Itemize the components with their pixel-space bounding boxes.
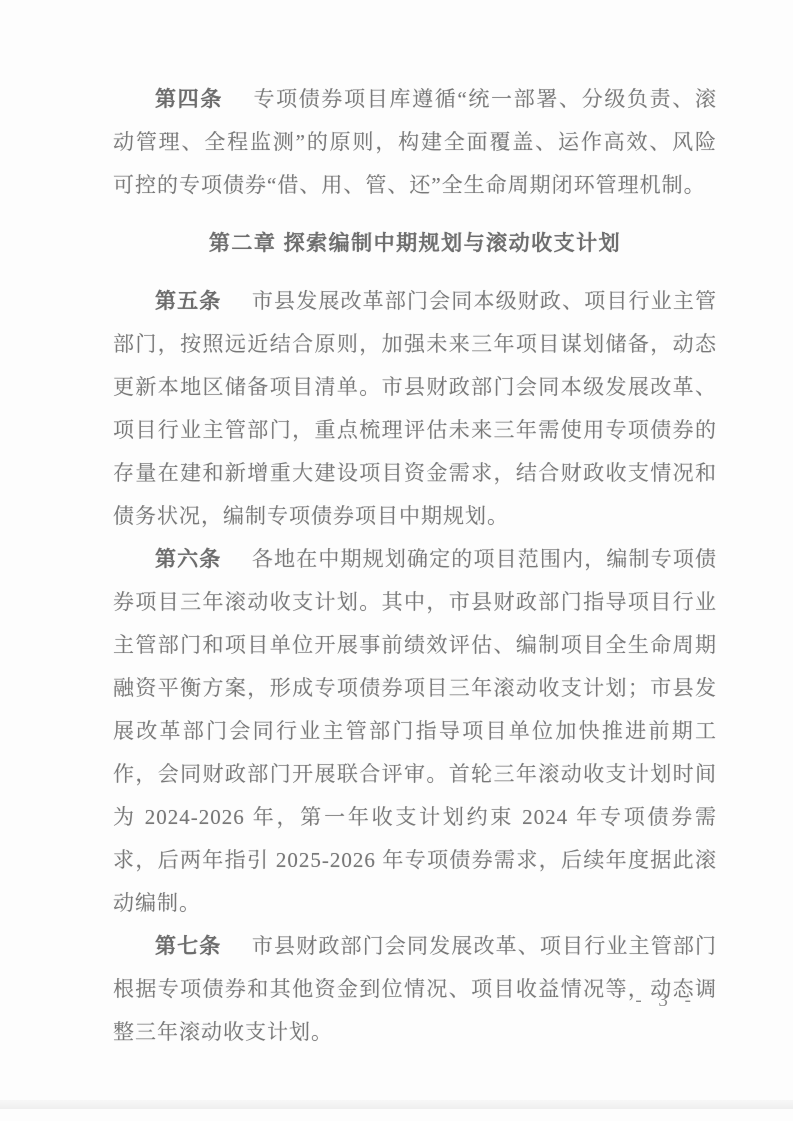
chapter-2-heading: 第二章 探索编制中期规划与滚动收支计划 (113, 222, 717, 265)
paragraph-article-5: 第五条市县发展改革部门会同本级财政、项目行业主管部门，按照远近结合原则，加强未来… (113, 280, 717, 538)
scanned-document-page: 第四条专项债券项目库遵循“统一部署、分级负责、滚动管理、全程监测”的原则，构建全… (0, 0, 793, 1121)
article-6-number: 第六条 (155, 547, 221, 571)
article-5-text: 市县发展改革部门会同本级财政、项目行业主管部门，按照远近结合原则，加强未来三年项… (113, 289, 717, 528)
paragraph-article-7: 第七条市县财政部门会同发展改革、项目行业主管部门根据专项债券和其他资金到位情况、… (113, 925, 717, 1054)
article-5-number: 第五条 (155, 289, 221, 313)
article-7-number: 第七条 (155, 934, 221, 958)
article-6-text: 各地在中期规划确定的项目范围内，编制专项债券项目三年滚动收支计划。其中，市县财政… (113, 547, 717, 915)
paragraph-article-4: 第四条专项债券项目库遵循“统一部署、分级负责、滚动管理、全程监测”的原则，构建全… (113, 78, 717, 207)
page-number: - 3 - (635, 990, 697, 1012)
document-body: 第四条专项债券项目库遵循“统一部署、分级负责、滚动管理、全程监测”的原则，构建全… (113, 78, 717, 1054)
article-4-number: 第四条 (155, 87, 223, 111)
paragraph-article-6: 第六条各地在中期规划确定的项目范围内，编制专项债券项目三年滚动收支计划。其中，市… (113, 538, 717, 925)
scan-edge-artifact (0, 1100, 793, 1109)
